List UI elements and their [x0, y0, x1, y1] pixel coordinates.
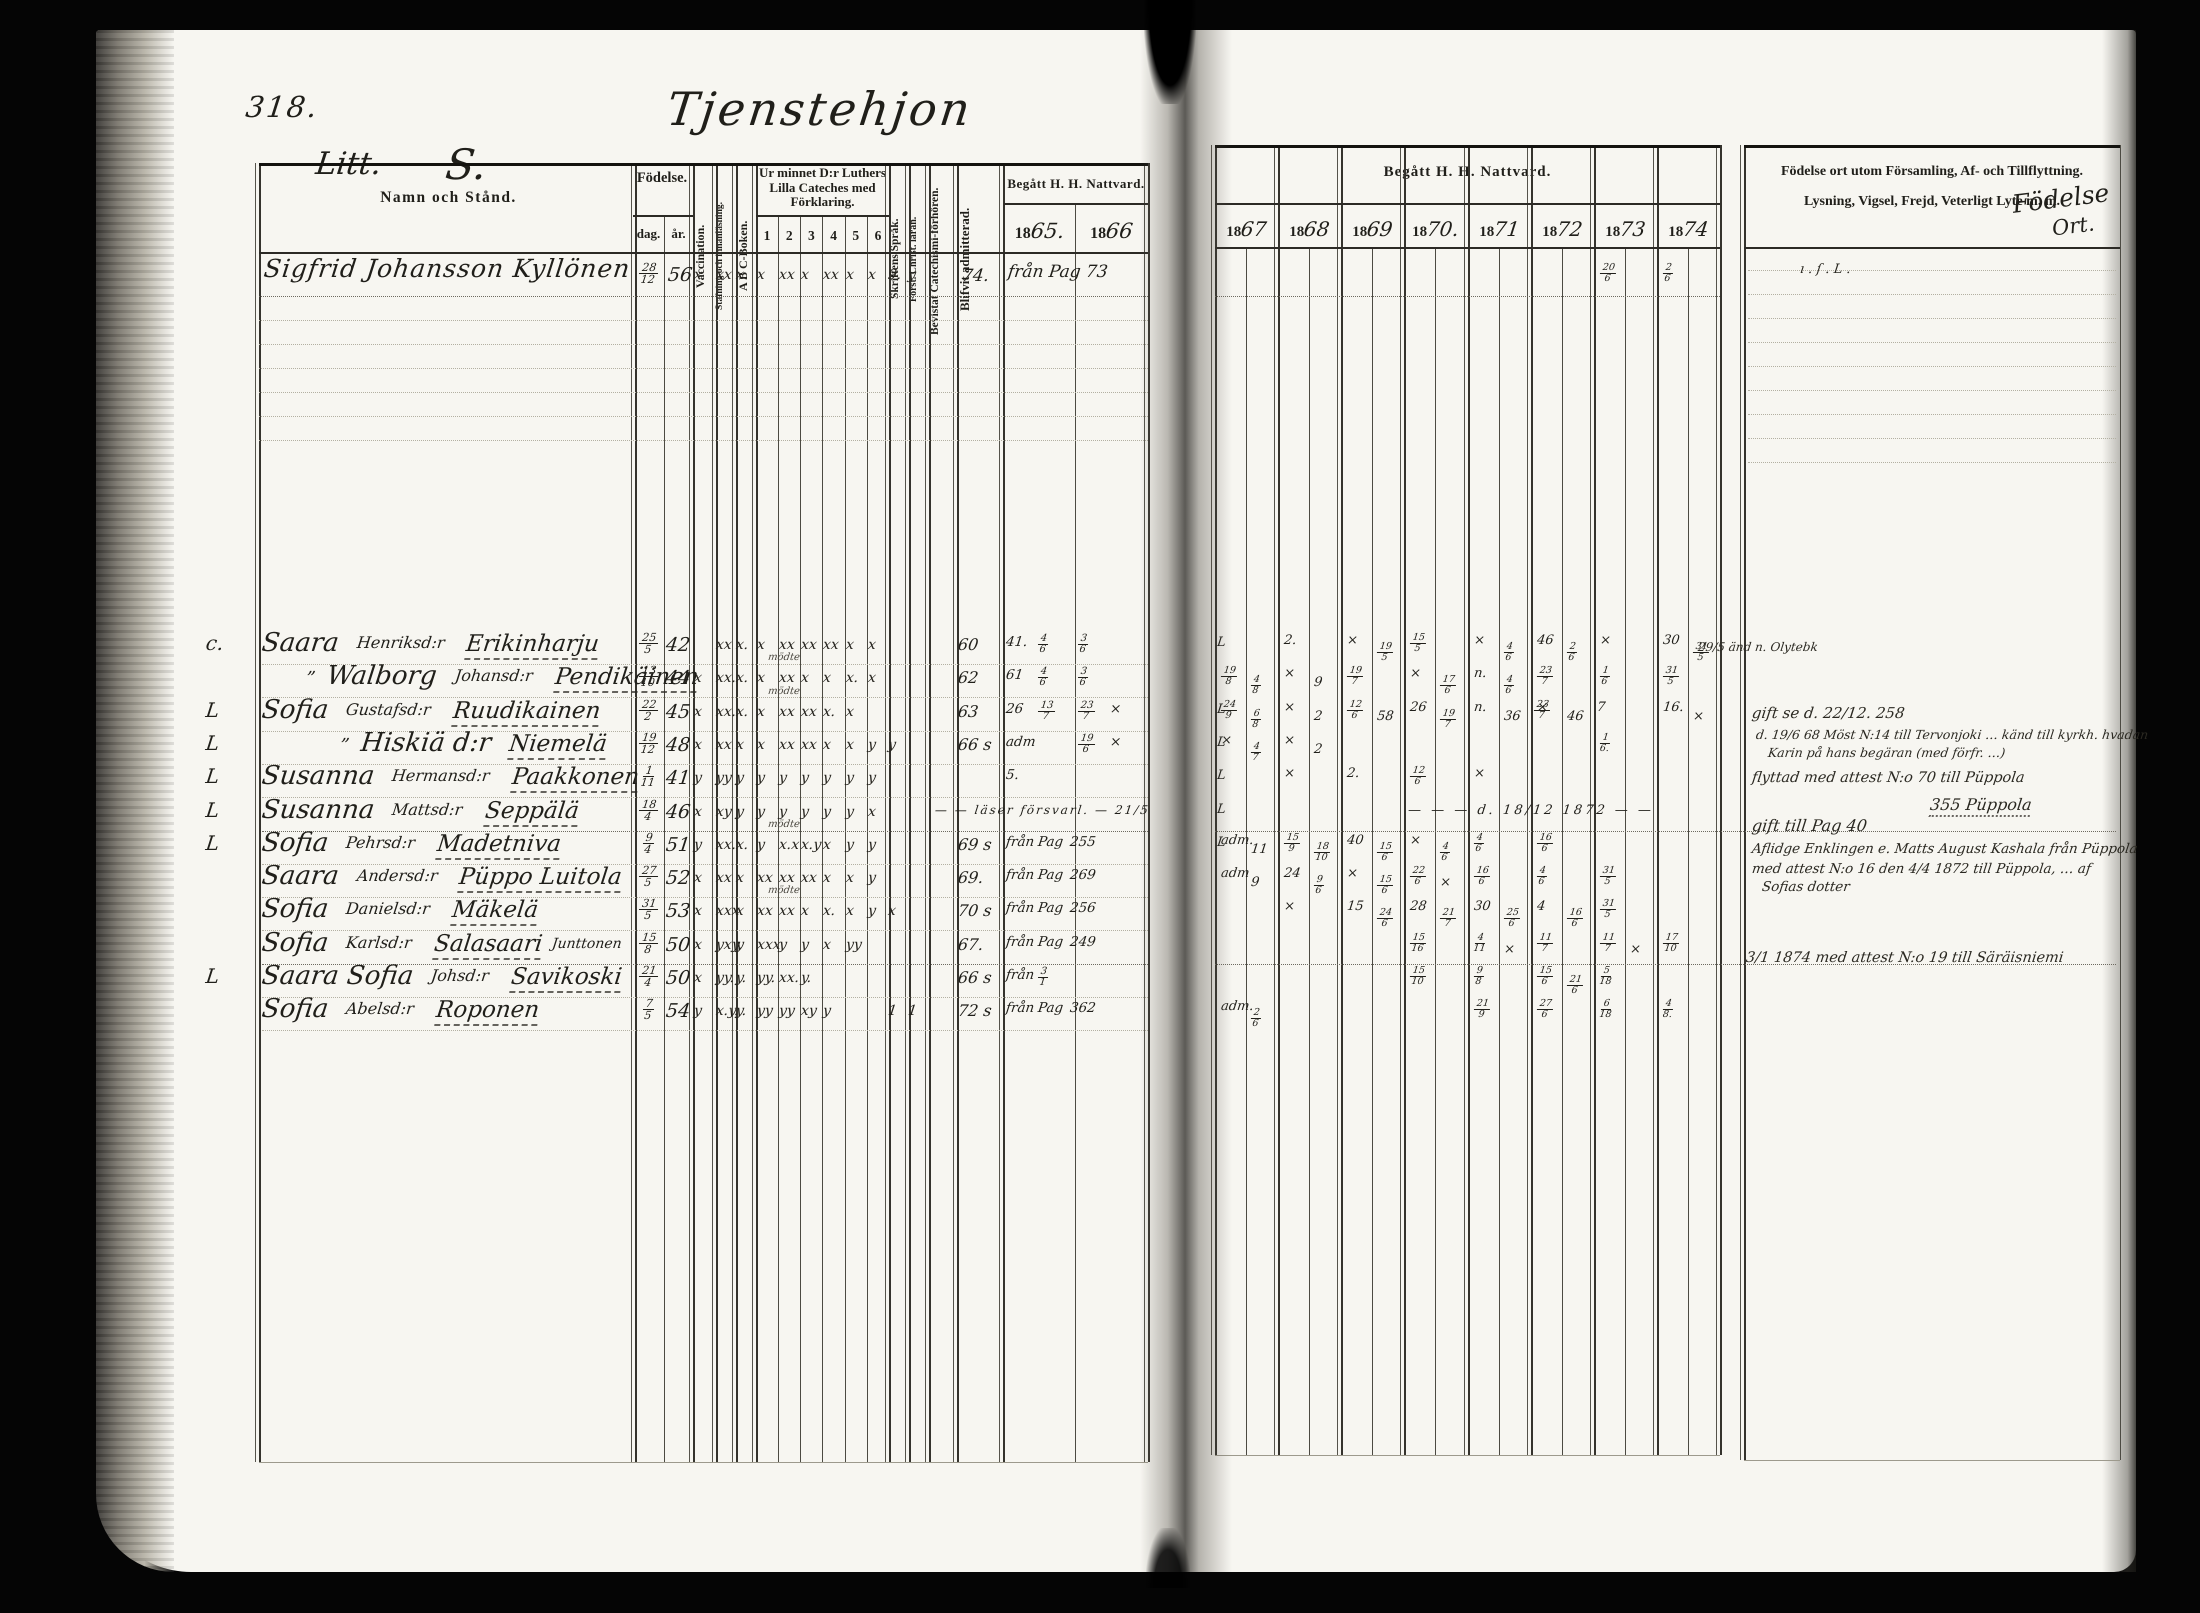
nattvard-year-right: 1873: [1594, 217, 1657, 241]
given-name: Sofia: [260, 695, 330, 725]
communion-entry: 36: [1503, 709, 1521, 724]
rule-line: [259, 368, 1148, 369]
nattvard-header-left: Begått H. H. Nattvard.: [1004, 176, 1148, 192]
communion-entry: ×: [1283, 666, 1296, 681]
check-mark: yy: [756, 1003, 774, 1019]
communion-entry: 198: [1220, 666, 1239, 686]
marginal-annotation: Aflidge Enklingen e. Matts August Kashal…: [1751, 841, 2138, 857]
column-line: [885, 163, 886, 1462]
note-1865: Pag: [1037, 834, 1064, 850]
check-mark: yy: [778, 1003, 796, 1019]
right-margin-mark: L: [1216, 768, 1226, 783]
marginal-annotation: ı . ſ . L .: [1799, 262, 1852, 277]
check-mark: xx: [778, 670, 796, 686]
column-line: [1716, 145, 1717, 1455]
communion-entry: 46: [1566, 709, 1584, 724]
rule-line: [633, 215, 693, 217]
column-line: [1590, 145, 1591, 1455]
patronymic: Pehrsd:r: [345, 833, 416, 852]
reading-note: mödte: [767, 652, 800, 663]
communion-entry: ×: [1346, 866, 1359, 881]
communion-entry: 1810: [1313, 842, 1332, 862]
communion-entry: 159: [1283, 833, 1302, 853]
check-mark: yy: [715, 770, 733, 786]
marginal-annotation: Sofias dotter: [1761, 879, 1851, 895]
communion-entry: 315: [1599, 866, 1618, 886]
note-1865: Pag: [1037, 1000, 1064, 1016]
check-mark: xy: [800, 1003, 818, 1019]
communion-entry: ×: [1409, 833, 1422, 848]
patronymic: Mattsd:r: [391, 800, 464, 819]
column-line: [1499, 247, 1500, 1455]
first-row-line: [259, 296, 1148, 297]
check-mark: xx: [800, 637, 818, 653]
communion-entry: ×: [1692, 709, 1705, 724]
admitted-number: 69 s: [957, 835, 993, 854]
rule-line: [1748, 414, 2116, 415]
scanned-ledger-spread: 318. Tjenstehjon Litt. S. Namn och Stånd…: [0, 0, 2200, 1613]
note-1865: från: [1005, 900, 1035, 916]
column-line: [909, 163, 911, 1462]
column-line: [1341, 145, 1343, 1455]
communion-entry: 315: [1599, 899, 1618, 919]
admitted-number: 62: [957, 668, 980, 687]
pag-note: från Pag 73: [1007, 262, 1109, 282]
communion-entry: 30: [1473, 899, 1491, 914]
nattvard-year-right: 1871: [1468, 217, 1531, 241]
nattvard-year-right: 1868: [1278, 217, 1341, 241]
check-mark: xx: [778, 267, 796, 283]
rule-line: [1748, 438, 2116, 439]
column-line: [1562, 247, 1563, 1455]
check-mark: xx: [756, 903, 774, 919]
column-line: [752, 163, 753, 1462]
given-name: Walborg: [325, 661, 438, 691]
surname: Roponen: [434, 997, 541, 1026]
surname: Savikoski: [509, 964, 623, 993]
note-1865: 249: [1069, 934, 1097, 950]
check-mark: xx: [778, 704, 796, 720]
patronymic: Hermansd:r: [391, 766, 491, 785]
rule-line: [1744, 1460, 2120, 1461]
rule-line: [259, 416, 1148, 417]
communion-entry: 1510: [1409, 966, 1428, 986]
entry-name: ”Hiskiä d:rNiemelä: [340, 728, 607, 760]
column-line: [925, 163, 926, 1462]
check-mark: xx: [800, 737, 818, 753]
surname: Püppo Luitola: [458, 864, 624, 893]
entry-name: SofiaAbelsd:rRoponen: [262, 994, 539, 1026]
communion-entry: 26: [1409, 700, 1427, 715]
admitted-number: 60: [957, 635, 980, 654]
communion-entry: 117: [1536, 933, 1555, 953]
rule-line: [1748, 342, 2116, 343]
surname: Salasaari: [432, 931, 544, 960]
communion-entry: 117: [1599, 933, 1618, 953]
birth-year: 50: [665, 967, 692, 989]
check-mark: xx: [778, 903, 796, 919]
admitted-number: 66 s: [957, 968, 993, 987]
birth-day: 158: [633, 932, 665, 955]
page-right-edge-shadow: [2102, 30, 2136, 1572]
note-1866: ×: [1109, 734, 1122, 750]
birth-day: 315: [633, 898, 665, 921]
given-name: Sofia: [260, 894, 330, 924]
patronymic: Danielsd:r: [345, 899, 431, 918]
birth-day: 275: [633, 865, 665, 888]
column-line: [1531, 145, 1533, 1455]
nattvard-year-right: 1867: [1215, 217, 1278, 241]
given-name: Hiskiä d:r: [359, 728, 493, 758]
check-mark: xx.: [715, 837, 737, 853]
rule-line: [259, 344, 1148, 345]
check-mark: x.: [735, 837, 749, 853]
right-table-top-border: [1215, 145, 1720, 148]
note-1865: från: [1005, 1000, 1035, 1016]
note-1865: Pag: [1037, 934, 1064, 950]
birth-day: 75: [633, 998, 665, 1021]
long-note-right: — — — d. 18/12 1872 — —: [1407, 803, 1655, 818]
note-1865: 41.: [1005, 634, 1028, 650]
reading-note: mödte: [767, 885, 800, 896]
blifvit-admitterad-header: Blifvit admitterad.: [957, 170, 1003, 348]
notes-top-border: [1744, 145, 2120, 148]
column-line: [1274, 145, 1275, 1455]
patronymic: Abelsd:r: [345, 999, 415, 1018]
marginal-annotation: Karin på hans begäran (med förfr. …): [1767, 745, 2006, 760]
communion-entry: 216: [1566, 975, 1585, 995]
communion-entry: 1710: [1662, 933, 1681, 953]
long-note-left: — — läser försvarl. — 21/5: [934, 803, 1151, 817]
column-line: [255, 163, 256, 1462]
communion-entry: 197: [1346, 666, 1365, 686]
marginal-annotation: 355 Püppola: [1929, 795, 2033, 817]
check-mark: xx: [715, 637, 733, 653]
reading-note: mödte: [767, 819, 800, 830]
note-1865: 5.: [1005, 767, 1020, 783]
check-mark: xx: [800, 870, 818, 886]
column-line: [1435, 247, 1436, 1455]
column-line: [1309, 247, 1310, 1455]
nattvard-box-line: [1004, 203, 1148, 205]
cateches-col-number: 5: [845, 228, 867, 244]
communion-entry: 518: [1599, 966, 1614, 986]
check-mark: x.y: [800, 837, 822, 853]
communion-entry: 197: [1439, 709, 1458, 729]
check-mark: y.: [800, 970, 812, 986]
left-table-bottom: [259, 1462, 1148, 1463]
birth-year: 54: [665, 1000, 692, 1022]
entry-name: SaaraAndersd:rPüppo Luitola: [262, 861, 622, 893]
note-1865: 61: [1005, 667, 1024, 683]
communion-entry: 156: [1376, 842, 1395, 862]
communion-entry: 276: [1536, 999, 1555, 1019]
marginal-annotation: 3/1 1874 med attest N:o 19 till Säräisni…: [1745, 950, 2064, 966]
check-mark: x.: [735, 637, 749, 653]
nattvard-year-right: 1872: [1531, 217, 1594, 241]
admitted-number: 63: [957, 702, 980, 721]
given-name: Susanna: [260, 795, 376, 825]
column-line: [1468, 145, 1470, 1455]
nattvard-year-left: 1865.: [1004, 219, 1075, 243]
birth-day: 184: [633, 799, 665, 822]
nattvard-year-left: 1866: [1075, 219, 1148, 243]
ditto-mark: ”: [339, 735, 351, 756]
check-mark: xx.: [715, 704, 737, 720]
check-mark: x.: [735, 704, 749, 720]
note-1865: Pag: [1037, 867, 1064, 883]
communion-entry: 40: [1346, 833, 1364, 848]
birth-day: 1310: [633, 665, 665, 688]
admitted-number: 72 s: [957, 1001, 993, 1020]
note-1865: 26: [1005, 701, 1024, 717]
check-mark: xx: [800, 704, 818, 720]
surname: Paakkonen: [510, 764, 640, 793]
note-1866: 237: [1077, 701, 1096, 722]
check-mark: xx: [822, 637, 840, 653]
check-mark: xx: [822, 267, 840, 283]
reading-note: mödte: [767, 686, 800, 697]
column-line: [1744, 145, 1746, 1460]
marginal-annotation: 29/5 änd n. Olytebk: [1697, 640, 1819, 654]
surname-secondary: Junttonen: [551, 936, 623, 952]
nattvard-year-right: 1869: [1341, 217, 1404, 241]
communion-entry: 246: [1376, 908, 1395, 928]
check-mark: xx: [715, 737, 733, 753]
surname: Niemelä: [507, 731, 608, 760]
communion-entry: 618: [1599, 999, 1614, 1019]
communion-entry: n.: [1473, 700, 1487, 715]
communion-entry: 226: [1409, 866, 1428, 886]
column-line: [1464, 145, 1465, 1455]
note-1865: från: [1005, 867, 1035, 883]
entry-name: SofiaKarlsd:rSalasaariJunttonen: [262, 928, 622, 960]
communion-entry: n.: [1473, 666, 1487, 681]
column-line: [1527, 145, 1528, 1455]
communion-entry: 2: [1313, 709, 1323, 724]
entry-name: SusannaMattsd:rSeppälä: [262, 795, 578, 827]
note-1866: 196: [1077, 734, 1096, 755]
check-mark: xx: [715, 870, 733, 886]
rule-line: [756, 215, 889, 217]
marginal-annotation: gift till Pag 40: [1751, 816, 1868, 835]
patronymic: Johansd:r: [454, 666, 534, 685]
book-binding-edge: [96, 30, 174, 1572]
rule-line: [1748, 366, 2116, 367]
note-1865: från: [1005, 934, 1035, 950]
birth-day-subheader: dag.: [633, 226, 664, 242]
column-line: [631, 163, 632, 1462]
right-margin-mark: L: [1216, 802, 1226, 817]
rule-line: [1748, 390, 2116, 391]
given-name: Saara: [260, 861, 340, 891]
note-1865: 256: [1069, 900, 1097, 916]
check-mark: y.: [735, 1003, 747, 1019]
cateches-col-number: 2: [778, 228, 800, 244]
communion-entry: ×: [1536, 700, 1549, 715]
rule-line: [1748, 462, 2116, 463]
admitted-number: 66 s: [957, 735, 993, 754]
note-1865: Pag: [1037, 900, 1064, 916]
column-line: [1720, 145, 1722, 1455]
check-mark: x.: [735, 670, 749, 686]
note-1865: 362: [1069, 1000, 1097, 1016]
communion-entry: 30: [1662, 633, 1680, 648]
cateches-col-number: 6: [867, 228, 889, 244]
name-column-header: Namn och Stånd.: [262, 189, 635, 207]
column-line: [664, 215, 665, 1462]
birth-day: 111: [633, 765, 665, 788]
communion-entry: ×: [1629, 942, 1642, 957]
note-1865: 137: [1037, 701, 1056, 722]
nattvard-year-right: 1874: [1657, 217, 1720, 241]
communion-entry: 237: [1536, 666, 1555, 686]
surname: Seppälä: [483, 798, 580, 827]
communion-entry: ×: [1473, 766, 1486, 781]
check-mark: xx.: [778, 970, 800, 986]
column-line: [1278, 145, 1280, 1455]
communion-entry: 219: [1473, 999, 1492, 1019]
birth-year: 46: [665, 801, 692, 823]
note-1866: ×: [1109, 701, 1122, 717]
communion-entry: 166: [1473, 866, 1492, 886]
surname: Madetniva: [436, 831, 563, 860]
communion-entry: 2.: [1346, 766, 1360, 781]
column-line: [1404, 145, 1406, 1455]
communion-entry: 411: [1473, 933, 1488, 953]
check-mark: x.: [735, 267, 749, 283]
page-number: 318.: [244, 90, 321, 124]
check-mark: xx: [778, 870, 796, 886]
rule-line: [1215, 203, 1720, 205]
patronymic: Karlsd:r: [345, 933, 413, 952]
birth-year: 52: [665, 867, 692, 889]
birth-year: 48: [665, 734, 692, 756]
column-line: [1246, 247, 1247, 1455]
communion-entry: 7: [1596, 700, 1606, 715]
communion-entry: ×: [1220, 733, 1233, 748]
column-line: [905, 163, 906, 1462]
column-line: [1211, 145, 1212, 1455]
cateches-col-number: 1: [756, 228, 778, 244]
communion-entry: adm.: [1220, 833, 1254, 848]
column-line: [1400, 145, 1401, 1455]
communion-entry: ×: [1283, 700, 1296, 715]
surname: Mäkelä: [450, 897, 539, 926]
page-heading-script: Tjenstehjon: [597, 82, 1044, 136]
rule-line: [259, 440, 1148, 441]
communion-entry: adm.: [1220, 999, 1254, 1014]
communion-entry: 16.: [1662, 700, 1685, 715]
communion-entry: 1516: [1409, 933, 1428, 953]
check-mark: 9.: [887, 267, 902, 283]
check-mark: yy.: [715, 970, 735, 986]
patronymic: Gustafsd:r: [345, 700, 432, 719]
communion-entry: 206: [1599, 263, 1618, 283]
column-line: [1657, 145, 1659, 1455]
column-line: [1594, 145, 1596, 1455]
given-name: Sofia: [260, 828, 330, 858]
communion-entry: 176: [1439, 675, 1458, 695]
surname: Erikinharju: [465, 631, 601, 660]
check-mark: x.x: [778, 837, 800, 853]
communion-entry: 195: [1376, 642, 1395, 662]
check-mark: yy: [845, 937, 863, 953]
marginal-annotation: flyttad med attest N:o 70 till Püppola: [1751, 770, 2025, 786]
cross-rule: [1215, 831, 2116, 832]
note-1865: 255: [1069, 834, 1097, 850]
entry-name: SofiaDanielsd:rMäkelä: [262, 894, 538, 926]
column-line: [2120, 145, 2121, 1460]
birth-year: 53: [665, 900, 692, 922]
cateches-col-number: 4: [823, 228, 845, 244]
communion-entry: 217: [1439, 908, 1458, 928]
entry-name: SaaraHenriksd:rErikinharju: [262, 628, 599, 660]
patronymic: Andersd:r: [356, 866, 439, 885]
entry-name: SofiaPehrsd:rMadetniva: [262, 828, 561, 860]
check-mark: xx: [756, 870, 774, 886]
cateches-col-number: 3: [800, 228, 822, 244]
notes-header-script-ort: Ort.: [2051, 212, 2096, 241]
right-margin-mark: L: [1216, 635, 1226, 650]
communion-entry: 166: [1536, 833, 1555, 853]
birth-year: 45: [665, 701, 692, 723]
communion-entry: 156: [1376, 875, 1395, 895]
check-mark: xx: [715, 267, 733, 283]
admitted-number: 74.: [961, 266, 991, 286]
check-mark: xx: [778, 637, 796, 653]
communion-entry: ×: [1409, 666, 1422, 681]
communion-entry: ×: [1473, 633, 1486, 648]
communion-entry: ×: [1599, 633, 1612, 648]
cateches-column-header: Ur minnet D:r Luthers Lilla Cateches med…: [757, 166, 888, 210]
rule-line: [1215, 247, 1720, 249]
column-line: [1337, 145, 1338, 1455]
communion-entry: ×: [1283, 899, 1296, 914]
communion-entry: 28: [1409, 899, 1427, 914]
birth-year: 44: [665, 667, 692, 689]
communion-entry: 2.: [1283, 633, 1297, 648]
note-1865: från: [1005, 834, 1035, 850]
marginal-annotation: gift se d. 22/12. 258: [1751, 704, 1906, 722]
check-mark: x.: [822, 903, 836, 919]
column-line: [1653, 145, 1654, 1455]
communion-entry: ×: [1439, 875, 1452, 890]
communion-entry: 256: [1503, 908, 1522, 928]
given-name: Saara Sofia: [260, 961, 415, 991]
given-name: Sofia: [260, 928, 330, 958]
column-line: [1688, 247, 1689, 1455]
note-1865: från: [1005, 967, 1035, 983]
communion-entry: 166: [1566, 908, 1585, 928]
rule-line: [259, 320, 1148, 321]
entry-name: SusannaHermansd:rPaakkonen: [262, 761, 639, 793]
column-line: [732, 163, 733, 1462]
patronymic: Johsd:r: [430, 966, 490, 985]
marginal-annotation: d. 19/6 68 Möst N:14 till Tervonjoki … k…: [1755, 727, 2149, 742]
nattvard-year-right: 1870.: [1404, 217, 1467, 241]
check-mark: x.: [845, 670, 859, 686]
birth-day: 94: [633, 832, 665, 855]
note-1865: 269: [1069, 867, 1097, 883]
left-table-top-border: [259, 163, 1148, 166]
check-mark: x.: [822, 704, 836, 720]
surname: Ruudikainen: [451, 698, 602, 727]
given-name: Sofia: [260, 994, 330, 1024]
birth-day: 1912: [633, 732, 665, 755]
column-line: [259, 163, 261, 1462]
column-line: [1740, 145, 1741, 1460]
